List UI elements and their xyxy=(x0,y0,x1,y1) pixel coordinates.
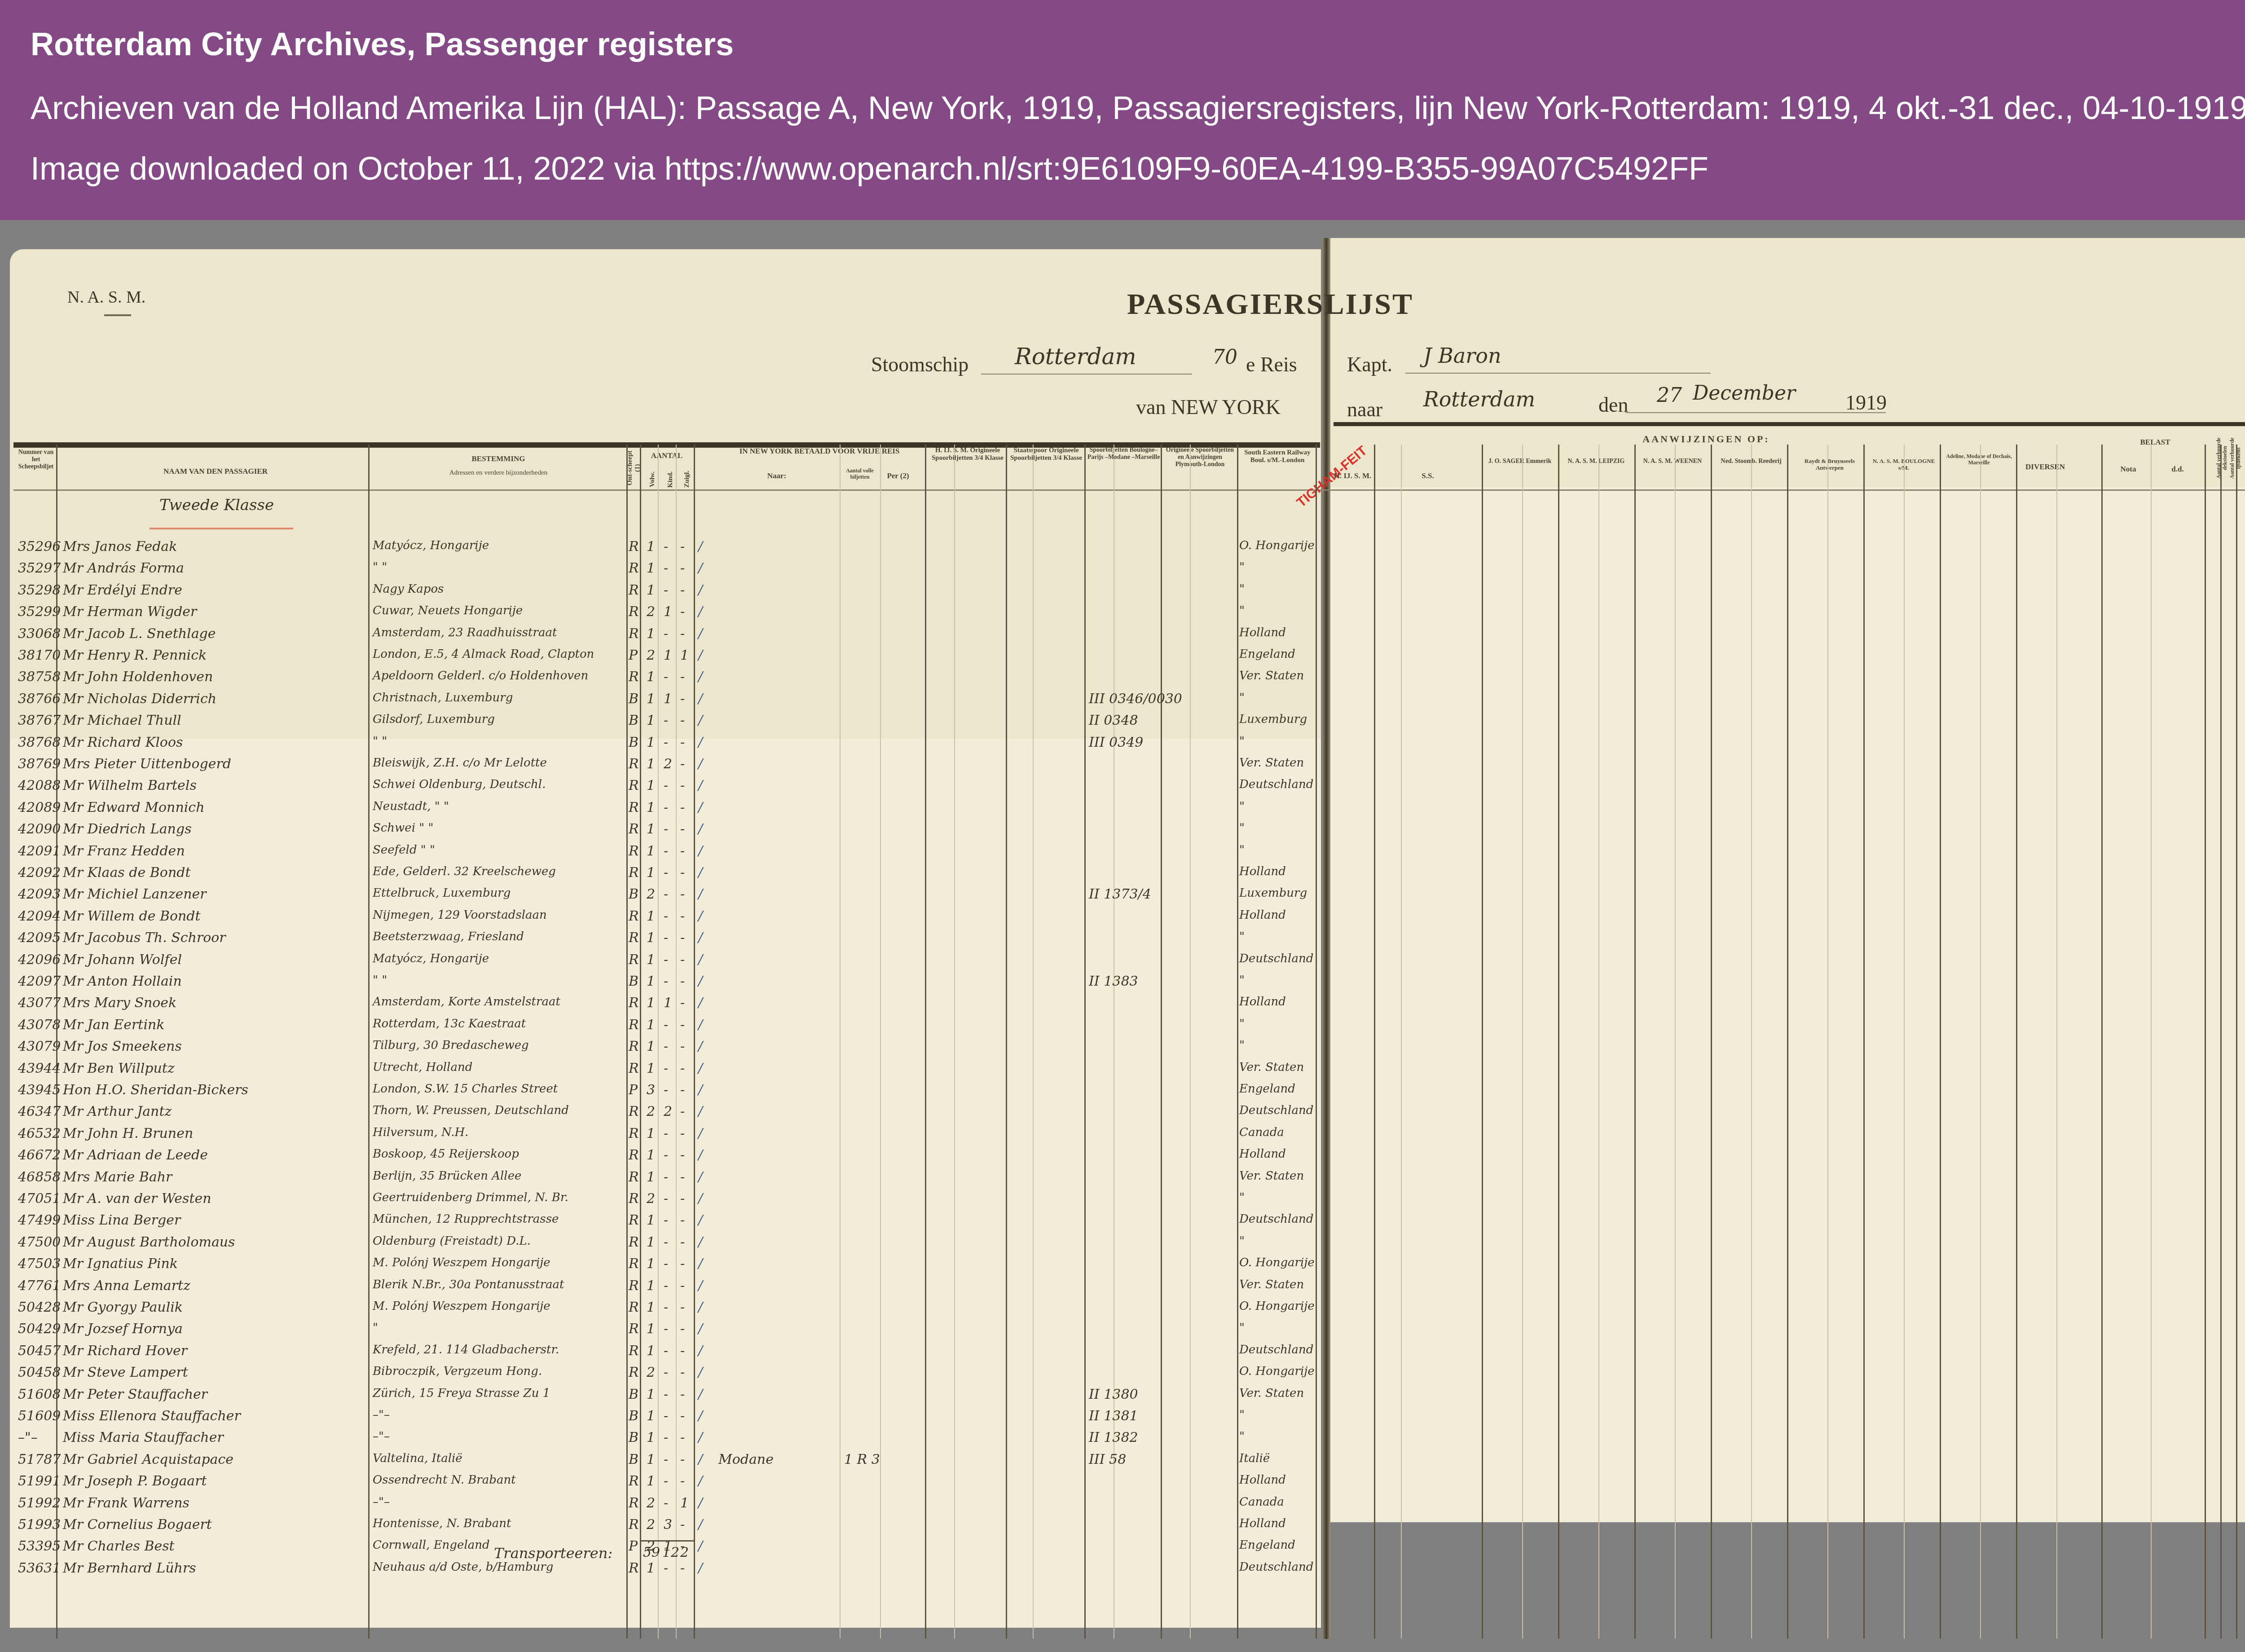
checkmark-icon: / xyxy=(698,1104,703,1119)
child-count: - xyxy=(664,713,668,728)
ticket-number: 42089 xyxy=(18,800,61,815)
adult-count: 1 xyxy=(647,1147,655,1163)
disembark-code: R xyxy=(629,821,639,837)
checkmark-icon: / xyxy=(698,1495,703,1511)
captain-line xyxy=(1405,373,1711,374)
passenger-name: Mr A. van der Westen xyxy=(63,1191,211,1207)
country: " xyxy=(1239,843,1245,857)
disembark-code: R xyxy=(629,843,639,859)
checkmark-icon: / xyxy=(698,974,703,989)
child-count: - xyxy=(664,1452,668,1467)
from-port: van NEW YORK xyxy=(1136,395,1281,419)
destination-address: M. Polónj Weszpem Hongarije xyxy=(373,1256,550,1269)
infant-count: - xyxy=(680,1452,685,1467)
totals-label: Transporteeren: xyxy=(494,1545,612,1562)
disembark-code: R xyxy=(629,1365,639,1380)
ticket-number: 38170 xyxy=(18,648,61,663)
country: " xyxy=(1239,800,1245,813)
adult-count: 1 xyxy=(647,974,655,989)
passenger-name: Mrs Pieter Uittenbogerd xyxy=(63,756,231,772)
infant-count: - xyxy=(680,539,685,555)
passenger-name: Mr Jozsef Hornya xyxy=(63,1321,183,1337)
passenger-row: 53395Mr Charles BestCornwall, EngelandP2… xyxy=(0,1538,2245,1560)
adult-count: 1 xyxy=(647,1278,655,1294)
passenger-row: 38767Mr Michael ThullGilsdorf, Luxemburg… xyxy=(0,713,2245,734)
paid-destination: Modane xyxy=(718,1452,774,1467)
passenger-row: 35299Mr Herman WigderCuwar, Neuets Honga… xyxy=(0,604,2245,626)
passenger-row: 38766Mr Nicholas DiderrichChristnach, Lu… xyxy=(0,691,2245,713)
child-count: - xyxy=(664,1234,668,1250)
ticket-number: 47503 xyxy=(18,1256,61,1272)
ticket-number: 43077 xyxy=(18,995,61,1011)
ticket-number: 51609 xyxy=(18,1408,61,1424)
adult-count: 1 xyxy=(647,1560,655,1576)
passenger-row: 38758Mr John HoldenhovenApeldoorn Gelder… xyxy=(0,669,2245,691)
rail-ticket-number: II 1381 xyxy=(1089,1408,1138,1424)
passenger-name: Mr Jan Eertink xyxy=(63,1017,165,1033)
passenger-row: 46347Mr Arthur JantzThorn, W. Preussen, … xyxy=(0,1104,2245,1125)
header-dd: d.d. xyxy=(2155,465,2200,474)
passenger-row: 53631Mr Bernhard LührsNeuhaus a/d Oste, … xyxy=(0,1560,2245,1582)
destination-address: Ettelbruck, Luxemburg xyxy=(373,886,511,900)
ticket-number: 38766 xyxy=(18,691,61,707)
child-count: 2 xyxy=(664,756,672,772)
checkmark-icon: / xyxy=(698,1560,703,1576)
ticket-number: 50457 xyxy=(18,1343,61,1359)
document-title: PASSAGIERSLIJST xyxy=(1127,287,1413,322)
country: Ver. Staten xyxy=(1239,1278,1304,1291)
child-count: - xyxy=(664,800,668,815)
adult-count: 1 xyxy=(647,1212,655,1228)
checkmark-icon: / xyxy=(698,1365,703,1380)
infant-count: - xyxy=(680,691,685,707)
ticket-number: 43078 xyxy=(18,1017,61,1033)
ticket-number: 53631 xyxy=(18,1560,61,1576)
passenger-name: Mr Frank Warrens xyxy=(63,1495,189,1511)
passenger-row: 51608Mr Peter StauffacherZürich, 15 Frey… xyxy=(0,1387,2245,1408)
infant-count: - xyxy=(680,1408,685,1424)
infant-count: - xyxy=(680,713,685,728)
header-aanw-sager: J. O. SAGER Emmerik xyxy=(1486,458,1554,465)
captain-label: Kapt. xyxy=(1347,352,1392,376)
passenger-name: Mr John H. Brunen xyxy=(63,1126,193,1141)
infant-count: - xyxy=(680,1517,685,1533)
checkmark-icon: / xyxy=(698,648,703,663)
country: " xyxy=(1239,1408,1245,1422)
adult-count: 1 xyxy=(647,560,655,576)
child-count: - xyxy=(664,1473,668,1489)
child-count: - xyxy=(664,539,668,555)
infant-count: - xyxy=(680,1169,685,1185)
infant-count: - xyxy=(680,1212,685,1228)
adult-count: 1 xyxy=(647,756,655,772)
disembark-code: R xyxy=(629,1039,639,1054)
header-aanwijzingen: AANWIJZINGEN OP: xyxy=(1482,433,1931,445)
checkmark-icon: / xyxy=(698,604,703,620)
destination-address: Bleiswijk, Z.H. c/o Mr Lelotte xyxy=(373,756,547,770)
header-infants: Zuigl. xyxy=(683,469,691,489)
passenger-name: Mr Steve Lampert xyxy=(63,1365,188,1380)
child-count: - xyxy=(664,843,668,859)
ticket-number: 50428 xyxy=(18,1300,61,1315)
disembark-code: R xyxy=(629,1256,639,1272)
disembark-code: P xyxy=(629,648,638,663)
child-count: - xyxy=(664,930,668,946)
passenger-row: 35297Mr András Forma" "R1--"/ xyxy=(0,560,2245,582)
ticket-number: 33068 xyxy=(18,626,61,642)
infant-count: - xyxy=(680,886,685,902)
date-label: den xyxy=(1598,393,1628,417)
child-count: - xyxy=(664,952,668,968)
adult-count: 1 xyxy=(647,1321,655,1337)
infant-count: - xyxy=(680,821,685,837)
ticket-number: 43079 xyxy=(18,1039,61,1054)
checkmark-icon: / xyxy=(698,1169,703,1185)
country: Holland xyxy=(1239,626,1286,639)
total-infants: 2 xyxy=(680,1545,689,1560)
destination-address: Amsterdam, Korte Amstelstraat xyxy=(373,995,560,1009)
disembark-code: R xyxy=(629,930,639,946)
disembark-code: R xyxy=(629,1300,639,1315)
country: Luxemburg xyxy=(1239,886,1307,900)
adult-count: 2 xyxy=(647,604,655,620)
infant-count: - xyxy=(680,1191,685,1207)
passenger-name: Mr Nicholas Diderrich xyxy=(63,691,216,707)
country: Ver. Staten xyxy=(1239,669,1304,683)
child-count: - xyxy=(664,1082,668,1098)
country: Holland xyxy=(1239,908,1286,922)
checkmark-icon: / xyxy=(698,582,703,598)
adult-count: 1 xyxy=(647,952,655,968)
adult-count: 1 xyxy=(647,843,655,859)
infant-count: - xyxy=(680,1473,685,1489)
destination-address: Valtelina, Italië xyxy=(373,1452,462,1465)
destination-address: Zürich, 15 Freya Strasse Zu 1 xyxy=(373,1387,550,1400)
passenger-row: 51609Miss Ellenora Stauffacher–"–B1--II … xyxy=(0,1408,2245,1430)
captain-name: J Baron xyxy=(1423,344,1501,368)
checkmark-icon: / xyxy=(698,886,703,902)
country: Ver. Staten xyxy=(1239,1061,1304,1074)
passenger-name: Mr Wilhelm Bartels xyxy=(63,778,197,793)
country: " xyxy=(1239,1191,1245,1204)
destination-address: Bibroczpik, Vergzeum Hong. xyxy=(373,1365,542,1378)
checkmark-icon: / xyxy=(698,908,703,924)
disembark-code: B xyxy=(629,713,638,728)
checkmark-icon: / xyxy=(698,995,703,1011)
child-count: - xyxy=(664,865,668,881)
passenger-row: 42093Mr Michiel LanzenerEttelbruck, Luxe… xyxy=(0,886,2245,908)
adult-count: 1 xyxy=(647,930,655,946)
ticket-number: 47499 xyxy=(18,1212,61,1228)
country: Holland xyxy=(1239,995,1286,1009)
disembark-code: R xyxy=(629,778,639,793)
disembark-code: B xyxy=(629,735,638,750)
destination-address: Boskoop, 45 Reijerskoop xyxy=(373,1147,519,1161)
passenger-row: 35298Mr Erdélyi EndreNagy KaposR1--"/ xyxy=(0,582,2245,604)
country: Deutschland xyxy=(1239,1104,1313,1117)
destination-address: Rotterdam, 13c Kaestraat xyxy=(373,1017,526,1031)
rail-ticket-number: II 1380 xyxy=(1089,1387,1138,1402)
ticket-number: 50429 xyxy=(18,1321,61,1337)
rail-ticket-number: II 1373/4 xyxy=(1089,886,1151,902)
destination-address: " " xyxy=(373,735,387,748)
child-count: - xyxy=(664,1300,668,1315)
passenger-row: 43944Mr Ben WillputzUtrecht, HollandR1--… xyxy=(0,1061,2245,1082)
destination-address: Ede, Gelderl. 32 Kreelscheweg xyxy=(373,865,556,878)
passenger-name: Miss Maria Stauffacher xyxy=(63,1430,224,1445)
checkmark-icon: / xyxy=(698,778,703,793)
child-count: - xyxy=(664,1017,668,1033)
passenger-row: 43077Mrs Mary SnoekAmsterdam, Korte Amst… xyxy=(0,995,2245,1017)
passenger-row: 42088Mr Wilhelm BartelsSchwei Oldenburg,… xyxy=(0,778,2245,799)
infant-count: - xyxy=(680,908,685,924)
checkmark-icon: / xyxy=(698,1452,703,1467)
ticket-number: 51787 xyxy=(18,1452,61,1467)
checkmark-icon: / xyxy=(698,1408,703,1424)
country: " xyxy=(1239,930,1245,943)
passenger-row: 42094Mr Willem de BondtNijmegen, 129 Voo… xyxy=(0,908,2245,930)
rail-ticket-number: II 0348 xyxy=(1089,713,1138,728)
checkmark-icon: / xyxy=(698,1212,703,1228)
adult-count: 1 xyxy=(647,995,655,1011)
infant-count: - xyxy=(680,1430,685,1445)
adult-count: 1 xyxy=(647,1017,655,1033)
disembark-code: R xyxy=(629,1321,639,1337)
passenger-name: Mr Bernhard Lührs xyxy=(63,1560,196,1576)
passenger-row: 51992Mr Frank Warrens–"–R2-1Canada/ xyxy=(0,1495,2245,1517)
destination-address: Neuhaus a/d Oste, b/Hamburg xyxy=(373,1560,553,1574)
infant-count: - xyxy=(680,995,685,1011)
country: " xyxy=(1239,1321,1245,1335)
child-count: 1 xyxy=(664,691,672,707)
to-label: naar xyxy=(1347,397,1382,421)
rail-ticket-number: II 1382 xyxy=(1089,1430,1138,1445)
destination-address: Seefeld " " xyxy=(373,843,435,857)
header-staatsspoor: Staatsspoor Origineele Spoorbiljetten 3/… xyxy=(1008,447,1084,463)
checkmark-icon: / xyxy=(698,1039,703,1054)
destination-address: –"– xyxy=(373,1408,390,1422)
child-count: - xyxy=(664,1061,668,1076)
country: " xyxy=(1239,560,1245,574)
country: O. Hongarije xyxy=(1239,1365,1315,1378)
country: " xyxy=(1239,604,1245,617)
header-aanw-ss: S.S. xyxy=(1405,471,1450,480)
passenger-name: Mr Klaas de Bondt xyxy=(63,865,191,881)
country: " xyxy=(1239,974,1245,987)
passenger-row: 47051Mr A. van der WestenGeertruidenberg… xyxy=(0,1191,2245,1212)
passenger-row: 50458Mr Steve LampertBibroczpik, Vergzeu… xyxy=(0,1365,2245,1386)
destination-address: Cuwar, Neuets Hongarije xyxy=(373,604,523,617)
infant-count: - xyxy=(680,1082,685,1098)
passenger-row: 42092Mr Klaas de BondtEde, Gelderl. 32 K… xyxy=(0,865,2245,886)
destination-address: Ossendrecht N. Brabant xyxy=(373,1473,516,1487)
total-children: 12 xyxy=(662,1545,679,1560)
checkmark-icon: / xyxy=(698,713,703,728)
passenger-row: 35296Mrs Janos FedakMatyócz, HongarijeR1… xyxy=(0,539,2245,560)
ticket-number: 51992 xyxy=(18,1495,61,1511)
passenger-name: Mr Cornelius Bogaert xyxy=(63,1517,212,1533)
company-mark-rule xyxy=(104,314,131,316)
checkmark-icon: / xyxy=(698,1278,703,1294)
adult-count: 1 xyxy=(647,1234,655,1250)
passenger-row: 33068Mr Jacob L. SnethlageAmsterdam, 23 … xyxy=(0,626,2245,648)
infant-count: - xyxy=(680,778,685,793)
adult-count: 1 xyxy=(647,1452,655,1467)
ticket-number: 42097 xyxy=(18,974,61,989)
ticket-number: 51991 xyxy=(18,1473,61,1489)
date-year: 1919 xyxy=(1845,391,1887,414)
child-count: - xyxy=(664,1560,668,1576)
passenger-name: Mr Ben Willputz xyxy=(63,1061,175,1076)
passenger-row: 51991Mr Joseph P. BogaartOssendrecht N. … xyxy=(0,1473,2245,1495)
child-count: - xyxy=(664,1212,668,1228)
passenger-row: 43078Mr Jan EertinkRotterdam, 13c Kaestr… xyxy=(0,1017,2245,1039)
header-destination-sub: Adressen en verdere bijzonderheden xyxy=(373,469,624,477)
passenger-name: Mrs Marie Bahr xyxy=(63,1169,172,1185)
adult-count: 1 xyxy=(647,1039,655,1054)
destination-address: Geertruidenberg Drimmel, N. Br. xyxy=(373,1191,568,1204)
child-count: - xyxy=(664,1126,668,1141)
date-month: December xyxy=(1693,382,1796,405)
country: " xyxy=(1239,582,1245,596)
passenger-row: 43079Mr Jos SmeekensTilburg, 30 Bredasch… xyxy=(0,1039,2245,1060)
infant-count: - xyxy=(680,1234,685,1250)
adult-count: 2 xyxy=(647,886,655,902)
passenger-name: Mr Diedrich Langs xyxy=(63,821,192,837)
checkmark-icon: / xyxy=(698,1017,703,1033)
ship-label: Stoomschip xyxy=(871,352,968,376)
adult-count: 2 xyxy=(647,1517,655,1533)
country: Engeland xyxy=(1239,1538,1295,1552)
country: Ver. Staten xyxy=(1239,1387,1304,1400)
disembark-code: R xyxy=(629,560,639,576)
checkmark-icon: / xyxy=(698,1517,703,1533)
ticket-number: –"– xyxy=(18,1430,38,1445)
passenger-row: 50428Mr Gyorgy PaulikM. Polónj Weszpem H… xyxy=(0,1300,2245,1321)
country: O. Hongarije xyxy=(1239,539,1315,552)
adult-count: 2 xyxy=(647,1104,655,1119)
passenger-name: Mr Johann Wolfel xyxy=(63,952,182,968)
passenger-name: Mr Jacobus Th. Schroor xyxy=(63,930,226,946)
destination-address: Hontenisse, N. Brabant xyxy=(373,1517,511,1530)
ticket-number: 47761 xyxy=(18,1278,61,1294)
infant-count: - xyxy=(680,1387,685,1402)
disembark-code: R xyxy=(629,539,639,555)
checkmark-icon: / xyxy=(698,1126,703,1141)
adult-count: 1 xyxy=(647,800,655,815)
checkmark-icon: / xyxy=(698,756,703,772)
checkmark-icon: / xyxy=(698,1147,703,1163)
passenger-name: Mrs Janos Fedak xyxy=(63,539,177,555)
infant-count: 1 xyxy=(680,648,689,663)
destination-address: Thorn, W. Preussen, Deutschland xyxy=(373,1104,569,1117)
child-count: - xyxy=(664,735,668,750)
country: Holland xyxy=(1239,1473,1286,1487)
passenger-name: Mr Michael Thull xyxy=(63,713,181,728)
adult-count: 1 xyxy=(647,778,655,793)
disembark-code: R xyxy=(629,669,639,685)
ticket-number: 42092 xyxy=(18,865,61,881)
passenger-row: 38768Mr Richard Kloos" "B1--III 0349""1 … xyxy=(0,735,2245,756)
adult-count: 1 xyxy=(647,908,655,924)
passenger-name: Mrs Mary Snoek xyxy=(63,995,176,1011)
passenger-row: –"–Miss Maria Stauffacher–"–B1--II 1382"… xyxy=(0,1430,2245,1451)
country: Deutschland xyxy=(1239,1212,1313,1226)
archive-banner: Rotterdam City Archives, Passenger regis… xyxy=(0,0,2245,220)
checkmark-icon: / xyxy=(698,691,703,707)
child-count: 3 xyxy=(664,1517,672,1533)
ticket-number: 42093 xyxy=(18,886,61,902)
child-count: - xyxy=(664,1191,668,1207)
infant-count: - xyxy=(680,1104,685,1119)
infant-count: - xyxy=(680,930,685,946)
passenger-name: Mr Gyorgy Paulik xyxy=(63,1300,183,1315)
destination-address: " " xyxy=(373,974,387,987)
infant-count: - xyxy=(680,1343,685,1359)
disembark-code: R xyxy=(629,1147,639,1163)
adult-count: 2 xyxy=(647,648,655,663)
infant-count: - xyxy=(680,626,685,642)
country: Engeland xyxy=(1239,648,1295,661)
child-count: 1 xyxy=(664,995,672,1011)
header-origineele-plymouth: Origineele Spoorbiljetten en Aanwijzinge… xyxy=(1163,447,1237,468)
header-aanw-adeline: Adeline, Modane of Dechais, Marseille xyxy=(1942,454,2016,466)
voyage-number: 70 xyxy=(1212,346,1237,369)
destination-address: Beetsterzwaag, Friesland xyxy=(373,930,524,943)
infant-count: - xyxy=(680,582,685,598)
child-count: - xyxy=(664,626,668,642)
ticket-number: 50458 xyxy=(18,1365,61,1380)
passenger-name: Mr Richard Kloos xyxy=(63,735,183,750)
adult-count: 1 xyxy=(647,1408,655,1424)
checkmark-icon: / xyxy=(698,843,703,859)
passenger-name: Mr Jos Smeekens xyxy=(63,1039,182,1054)
ticket-number: 35298 xyxy=(18,582,61,598)
adult-count: 1 xyxy=(647,1300,655,1315)
disembark-code: R xyxy=(629,1517,639,1533)
destination-address: Amsterdam, 23 Raadhuisstraat xyxy=(373,626,557,639)
destination-address: München, 12 Rupprechtstrasse xyxy=(373,1212,559,1226)
country: " xyxy=(1239,691,1245,705)
passenger-name: Mr Richard Hover xyxy=(63,1343,187,1359)
ticket-number: 46532 xyxy=(18,1126,61,1141)
passenger-row: 42097Mr Anton Hollain" "B1--II 1383"Pari… xyxy=(0,974,2245,995)
adult-count: 1 xyxy=(647,669,655,685)
passenger-name: Mr Anton Hollain xyxy=(63,974,182,989)
adult-count: 1 xyxy=(647,1430,655,1445)
infant-count: - xyxy=(680,1256,685,1272)
checkmark-icon: / xyxy=(698,1191,703,1207)
checkmark-icon: / xyxy=(698,1256,703,1272)
infant-count: - xyxy=(680,1039,685,1054)
passenger-name: Mr Charles Best xyxy=(63,1538,175,1554)
ticket-number: 35297 xyxy=(18,560,61,576)
adult-count: 1 xyxy=(647,1256,655,1272)
disembark-code: R xyxy=(629,1473,639,1489)
adult-count: 1 xyxy=(647,1387,655,1402)
country: Italië xyxy=(1239,1452,1270,1465)
header-paid-new-york: IN NEW YORK BETAALD VOOR VRIJE REIS xyxy=(714,447,925,456)
country: " xyxy=(1239,735,1245,748)
passenger-row: 51787Mr Gabriel AcquistapaceValtelina, I… xyxy=(0,1452,2245,1473)
country: Deutschland xyxy=(1239,1343,1313,1357)
header-top-rule-right xyxy=(1334,422,2245,426)
passenger-row: 50429Mr Jozsef Hornya"R1--"/ xyxy=(0,1321,2245,1343)
country: O. Hongarije xyxy=(1239,1256,1315,1269)
date-day: 27 xyxy=(1657,384,1682,407)
child-count: - xyxy=(664,669,668,685)
passenger-name: Mr Ignatius Pink xyxy=(63,1256,178,1272)
